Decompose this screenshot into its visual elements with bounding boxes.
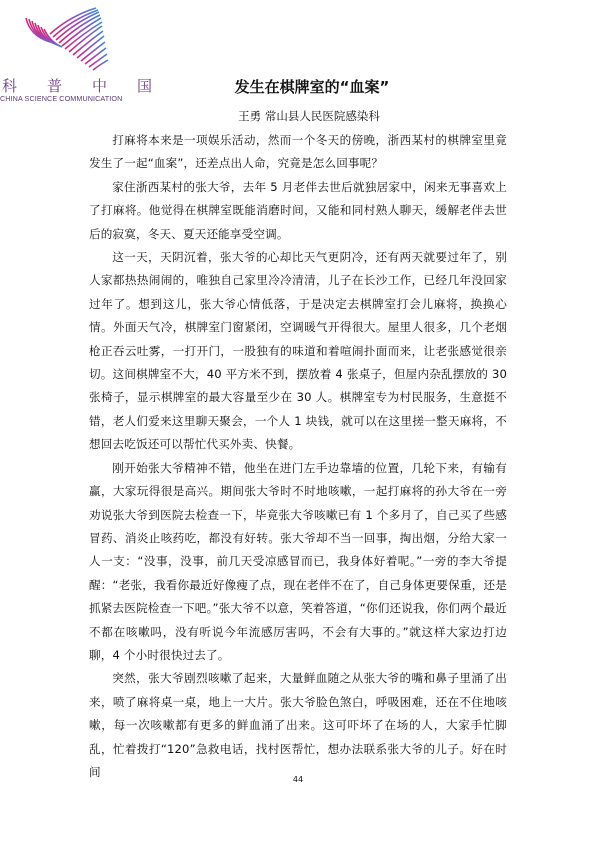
article-title: 发生在棋牌室的“血案” bbox=[0, 76, 596, 97]
paragraph: 打麻将本来是一项娱乐活动，然而一个冬天的傍晚，浙西某村的棋牌室里竟发生了一起“血… bbox=[89, 129, 507, 176]
logo-wave-icon bbox=[20, 6, 120, 76]
page-number: 44 bbox=[0, 775, 596, 784]
paragraph: 刚开始张大爷精神不错，他坐在进门左手边靠墙的位置，几轮下来，有输有赢，大家玩得很… bbox=[89, 457, 507, 668]
paragraph: 突然，张大爷剧烈咳嗽了起来，大量鲜血随之从张大爷的嘴和鼻子里涌了出来，喷了麻将桌… bbox=[89, 667, 507, 784]
article-author: 王勇 常山县人民医院感染科 bbox=[0, 108, 596, 124]
paragraph: 家住浙西某村的张大爷，去年 5 月老伴去世后就独居家中，闲来无事喜欢上了打麻将。… bbox=[89, 176, 507, 246]
article-body: 打麻将本来是一项娱乐活动，然而一个冬天的傍晚，浙西某村的棋牌室里竟发生了一起“血… bbox=[89, 129, 507, 784]
paragraph: 这一天，天阴沉着，张大爷的心却比天气更阴冷，还有两天就要过年了，别人家都热热闹闹… bbox=[89, 246, 507, 457]
